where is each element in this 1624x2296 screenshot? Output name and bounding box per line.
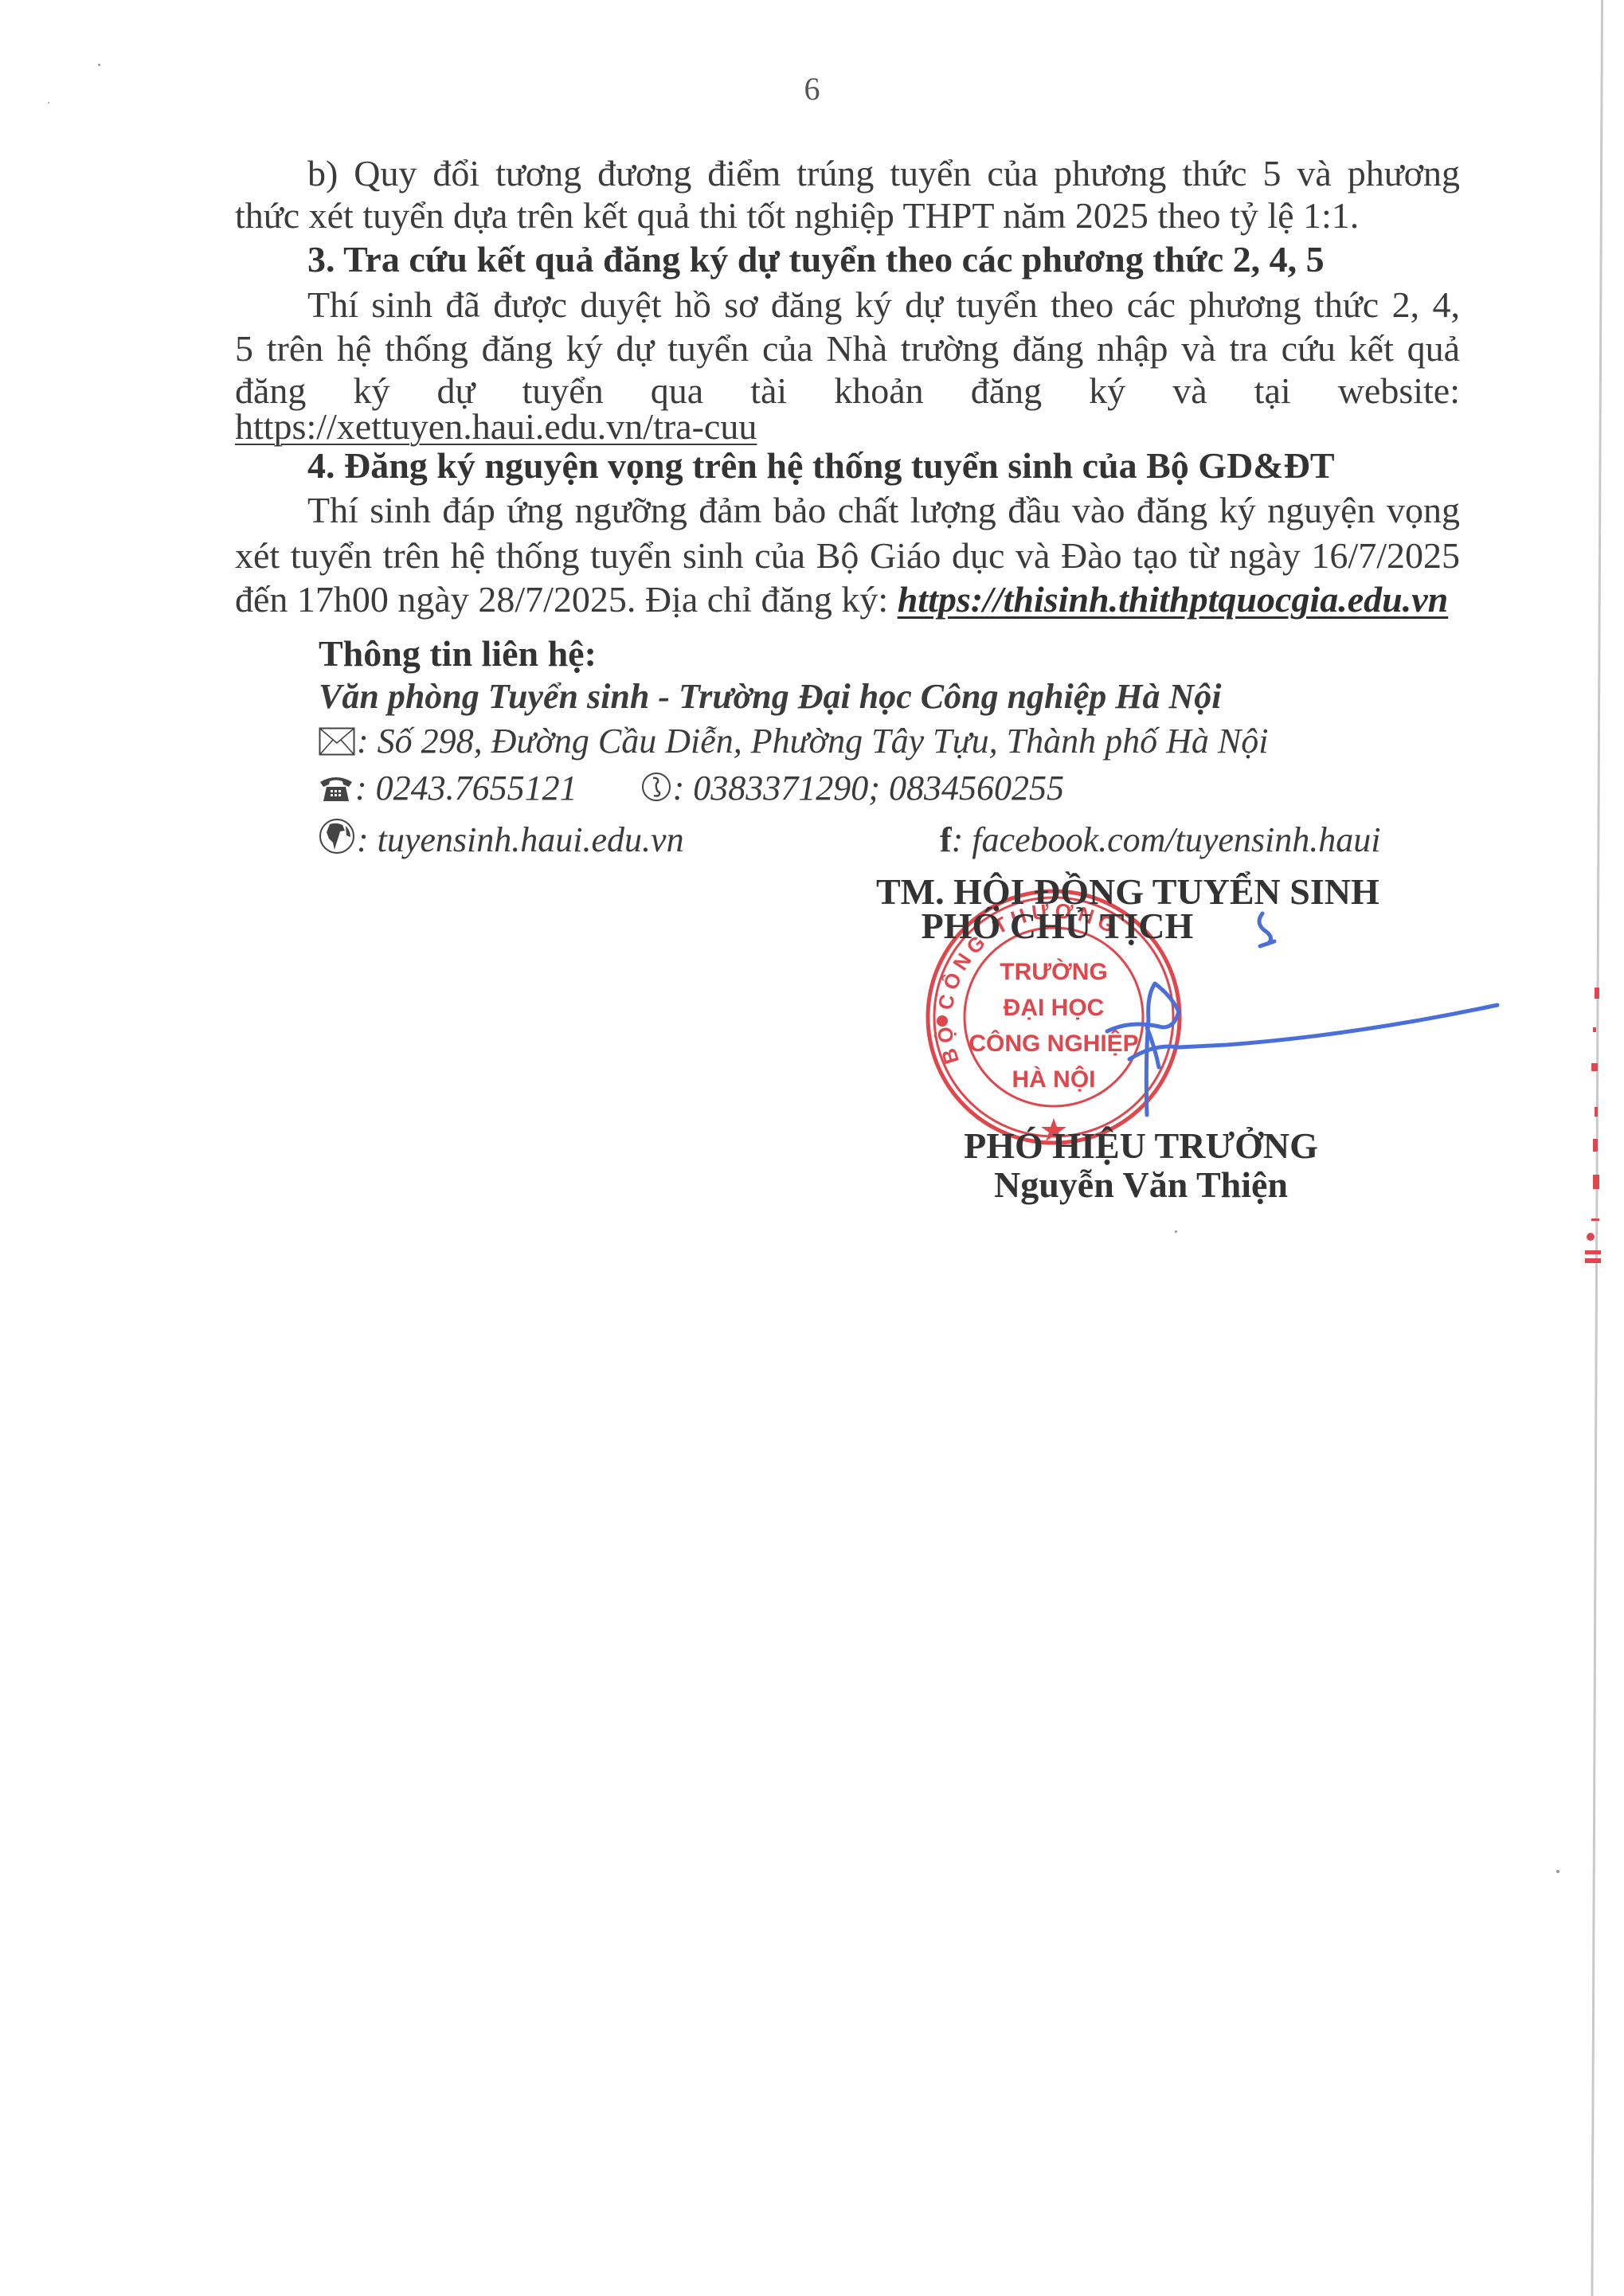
- section-3-line-2: 5 trên hệ thống đăng ký dự tuyển của Nhà…: [235, 327, 1460, 370]
- website-text[interactable]: : tuyensinh.haui.edu.vn: [357, 820, 684, 859]
- section-3-heading: 3. Tra cứu kết quả đăng ký dự tuyển theo…: [235, 237, 1460, 281]
- edge-stamp-mark: [1587, 1233, 1595, 1241]
- edge-stamp-mark: [1595, 1107, 1598, 1117]
- scan-speck: [1175, 1230, 1177, 1233]
- para-b-line-2: thức xét tuyển dựa trên kết quả thi tốt …: [235, 194, 1460, 237]
- section-4-heading: 4. Đăng ký nguyện vọng trên hệ thống tuy…: [235, 444, 1460, 487]
- phone-text: : 0243.7655121: [355, 769, 577, 808]
- contact-address: : Số 298, Đường Cầu Diễn, Phường Tây Tựu…: [319, 719, 1268, 766]
- section-4-line-1: Thí sinh đáp ứng ngưỡng đảm bảo chất lượ…: [235, 488, 1460, 532]
- para-b-line-1: b) Quy đổi tương đương điểm trúng tuyển …: [235, 151, 1460, 195]
- edge-stamp-mark: [1593, 1175, 1599, 1189]
- contact-office: Văn phòng Tuyển sinh - Trường Đại học Cô…: [319, 675, 1222, 718]
- edge-stamp-mark: [1593, 1027, 1596, 1032]
- scan-speck: [1556, 1870, 1559, 1873]
- edge-stamp-mark: [1593, 1139, 1598, 1152]
- contact-website: : tuyensinh.haui.edu.vn: [319, 818, 684, 865]
- edge-stamp-mark: [1585, 1258, 1601, 1263]
- mobile-text: : 0383371290; 0834560255: [673, 769, 1064, 808]
- globe-icon: [319, 818, 355, 865]
- telephone-icon: [319, 769, 354, 813]
- scan-speck: [98, 64, 100, 66]
- signatory-name: Nguyễn Văn Thiện: [960, 1163, 1322, 1207]
- facebook-text[interactable]: : facebook.com/tuyensinh.haui: [952, 820, 1381, 859]
- contact-heading: Thông tin liên hệ:: [319, 632, 597, 675]
- edge-stamp-mark: [1585, 1250, 1601, 1254]
- mobile-phone-icon: [641, 769, 671, 813]
- contact-facebook: f: facebook.com/tuyensinh.haui: [940, 818, 1381, 862]
- section-3-line-1: Thí sinh đã được duyệt hồ sơ đăng ký dự …: [235, 283, 1460, 327]
- address-text: : Số 298, Đường Cầu Diễn, Phường Tây Tựu…: [357, 722, 1268, 761]
- contact-phones: : 0243.7655121 : 0383371290; 0834560255: [319, 766, 1064, 813]
- edge-stamp-mark: [1591, 1063, 1598, 1071]
- facebook-icon: f: [940, 820, 952, 859]
- section-4-line-3-prefix: đến 17h00 ngày 28/7/2025. Địa chỉ đăng k…: [235, 579, 898, 620]
- envelope-icon: [319, 722, 355, 766]
- section-4-line-2: xét tuyển trên hệ thống tuyển sinh của B…: [235, 534, 1460, 577]
- handwritten-signature: [1035, 908, 1529, 1131]
- edge-stamp-mark: [1595, 988, 1599, 999]
- scan-speck: [48, 102, 49, 104]
- section-4-line-3: đến 17h00 ngày 28/7/2025. Địa chỉ đăng k…: [235, 577, 1460, 621]
- registration-link[interactable]: https://thisinh.thithptquocgia.edu.vn: [898, 579, 1448, 620]
- page-number: 6: [0, 70, 1624, 108]
- lookup-link[interactable]: https://xettuyen.haui.edu.vn/tra-cuu: [235, 406, 757, 447]
- edge-stamp-mark: [1591, 1218, 1599, 1221]
